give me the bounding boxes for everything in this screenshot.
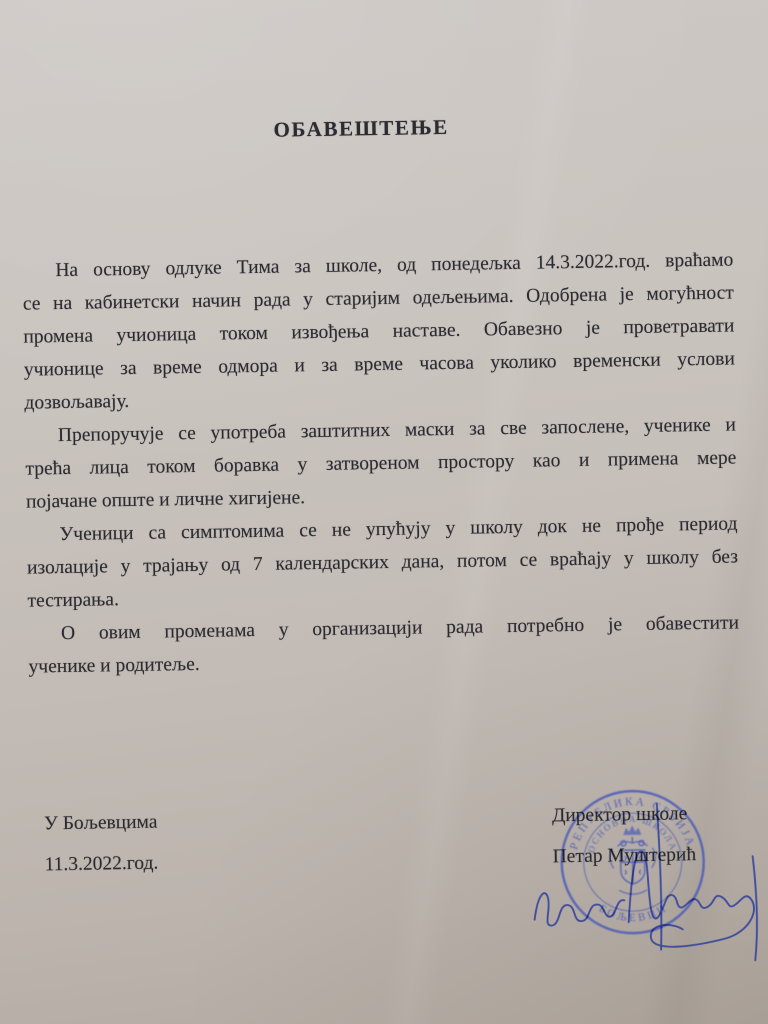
place-line: У Бољевцима: [44, 810, 158, 838]
date-line: 11.3.2022.год.: [45, 851, 159, 879]
handwritten-signature: [509, 784, 768, 974]
notice-document: ОБАВЕШТЕЊЕ На основу одлуке Тима за школ…: [0, 0, 768, 1024]
document-title: ОБАВЕШТЕЊЕ: [0, 111, 729, 148]
photographed-paper: ОБАВЕШТЕЊЕ На основу одлуке Тима за школ…: [0, 0, 768, 1024]
document-body: На основу одлуке Тима за школе, од понед…: [22, 243, 740, 683]
